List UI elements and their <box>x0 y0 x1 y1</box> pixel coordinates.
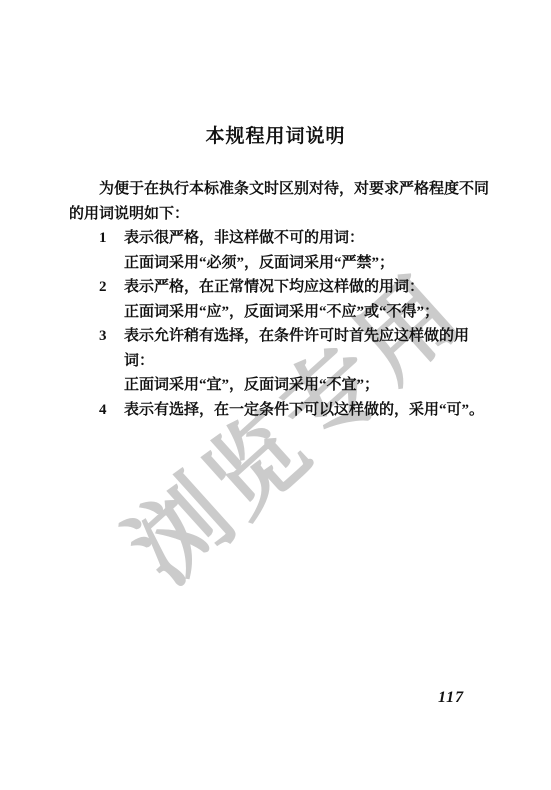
page-title: 本规程用词说明 <box>0 121 551 148</box>
list-item-text: 表示有选择，在一定条件下可以这样做的，采用“可”。 <box>124 398 493 423</box>
list-item-line-1: 表示有选择，在一定条件下可以这样做的，采用“可”。 <box>124 398 493 423</box>
list-item: 1 表示很严格，非这样做不可的用词： 正面词采用“必须”，反面词采用“严禁”； <box>69 226 493 275</box>
list-item-text: 表示很严格，非这样做不可的用词： 正面词采用“必须”，反面词采用“严禁”； <box>124 226 493 275</box>
list-item-line-2: 正面词采用“宜”，反面词采用“不宜”； <box>124 373 493 398</box>
document-body: 为便于在执行本标准条文时区别对待，对要求严格程度不同 的用词说明如下： 1 表示… <box>69 177 493 422</box>
list-item-line-2: 正面词采用“应”，反面词采用“不应”或“不得”； <box>124 300 493 325</box>
list-item: 3 表示允许稍有选择，在条件许可时首先应这样做的用词： 正面词采用“宜”，反面词… <box>69 324 493 398</box>
list-item-number: 4 <box>99 398 119 423</box>
list-item-line-2: 正面词采用“必须”，反面词采用“严禁”； <box>124 251 493 276</box>
list-item-line-1: 表示严格，在正常情况下均应这样做的用词： <box>124 275 493 300</box>
intro-paragraph-line-1: 为便于在执行本标准条文时区别对待，对要求严格程度不同 <box>69 177 493 202</box>
list-item-line-1: 表示很严格，非这样做不可的用词： <box>124 226 493 251</box>
list-item-number: 1 <box>99 226 119 251</box>
list-item-line-1: 表示允许稍有选择，在条件许可时首先应这样做的用词： <box>124 324 493 373</box>
page-number: 117 <box>438 689 464 707</box>
document-page: 浏览专用 本规程用词说明 为便于在执行本标准条文时区别对待，对要求严格程度不同 … <box>0 0 551 790</box>
list-item-text: 表示允许稍有选择，在条件许可时首先应这样做的用词： 正面词采用“宜”，反面词采用… <box>124 324 493 398</box>
list-item: 4 表示有选择，在一定条件下可以这样做的，采用“可”。 <box>69 398 493 423</box>
list-item: 2 表示严格，在正常情况下均应这样做的用词： 正面词采用“应”，反面词采用“不应… <box>69 275 493 324</box>
list-item-number: 2 <box>99 275 119 300</box>
list-item-number: 3 <box>99 324 119 349</box>
intro-paragraph-line-2: 的用词说明如下： <box>69 202 493 227</box>
list-item-text: 表示严格，在正常情况下均应这样做的用词： 正面词采用“应”，反面词采用“不应”或… <box>124 275 493 324</box>
